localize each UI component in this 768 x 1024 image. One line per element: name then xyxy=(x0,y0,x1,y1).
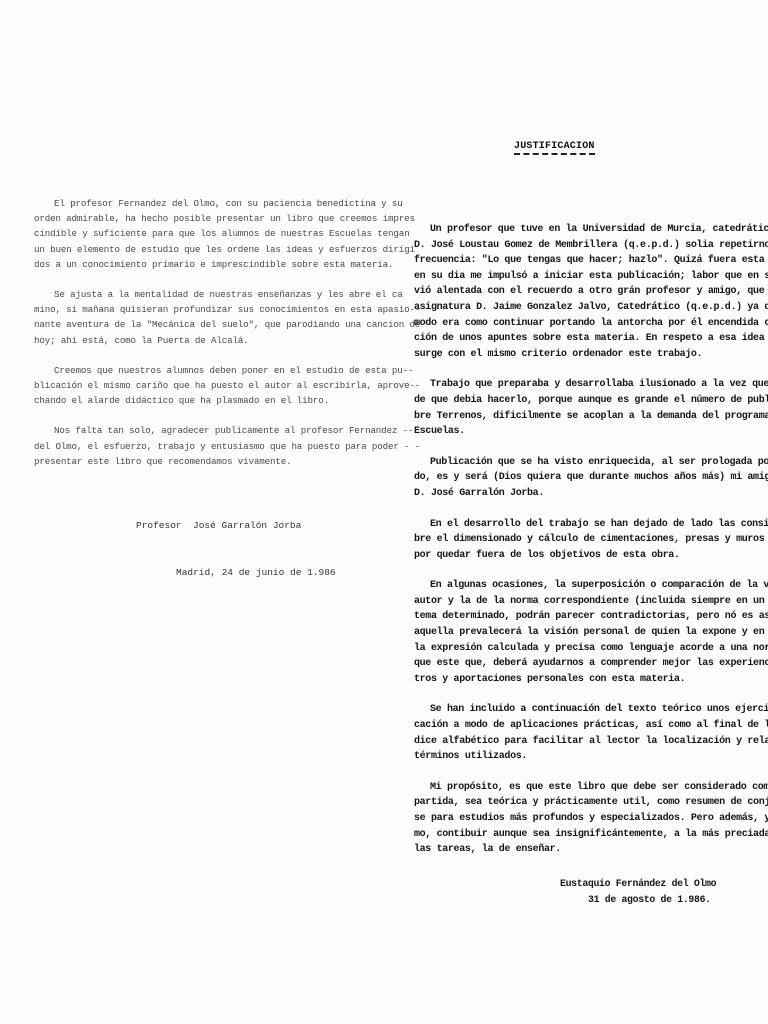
prologue-text: El profesor Fernandez del Olmo, con su p… xyxy=(34,196,334,484)
text-line: Un profesor que tuve en la Universidad d… xyxy=(414,222,754,238)
text-line: En el desarrollo del trabajo se han deja… xyxy=(414,517,754,533)
text-line: chando el alarde didáctico que ha plasma… xyxy=(34,393,334,408)
text-line: autor y la de la norma correspondiente (… xyxy=(414,594,754,610)
text-line: dos a un conocimiento primario e impresc… xyxy=(34,257,334,272)
text-line: Mi propósito, es que este libro que debe… xyxy=(414,780,754,796)
justification-paragraph-7: Mi propósito, es que este libro que debe… xyxy=(414,780,754,858)
text-line: Publicación que se ha visto enriquecida,… xyxy=(414,455,754,471)
prologue-signature: Profesor José Garralón Jorba xyxy=(136,520,301,531)
justification-paragraph-3: Publicación que se ha visto enriquecida,… xyxy=(414,455,754,502)
author-date: 31 de agosto de 1.986. xyxy=(588,894,711,905)
text-line: orden admirable, ha hecho posible presen… xyxy=(34,211,334,226)
prologue-paragraph-3: Creemos que nuestros alumnos deben poner… xyxy=(34,363,334,409)
text-line: del Olmo, el esfuerzo, trabajo y entusia… xyxy=(34,439,334,454)
text-line: surge con el mismo criterio ordenador es… xyxy=(414,347,754,363)
justification-paragraph-6: Se han incluido a continuación del texto… xyxy=(414,702,754,764)
text-line: tema determinado, podrán parecer contrad… xyxy=(414,609,754,625)
text-line: de que debia hacerlo, porque aunque es g… xyxy=(414,393,754,409)
text-line: en su dia me impulsó a iniciar esta publ… xyxy=(414,269,754,285)
text-line: do, es y será (Dios quiera que durante m… xyxy=(414,470,754,486)
text-line: frecuencia: "Lo que tengas que hacer; ha… xyxy=(414,253,754,269)
justification-text: Un profesor que tuve en la Universidad d… xyxy=(414,222,754,873)
justification-paragraph-1: Un profesor que tuve en la Universidad d… xyxy=(414,222,754,362)
text-line: modo era como continuar portando la anto… xyxy=(414,316,754,332)
text-line: ción de unos apuntes sobre esta materia.… xyxy=(414,331,754,347)
author-signature: Eustaquio Fernández del Olmo xyxy=(560,878,716,889)
text-line: bre el dimensionado y cálculo de cimenta… xyxy=(414,532,754,548)
text-line: Creemos que nuestros alumnos deben poner… xyxy=(34,363,334,378)
text-line: Se han incluido a continuación del texto… xyxy=(414,702,754,718)
text-line: El profesor Fernandez del Olmo, con su p… xyxy=(34,196,334,211)
text-line: D. José Loustau Gomez de Membrillera (q.… xyxy=(414,238,754,254)
text-line: vió alentada con el recuerdo a otro grán… xyxy=(414,284,754,300)
text-line: términos utilizados. xyxy=(414,749,754,765)
text-line: dice alfabético para facilitar al lector… xyxy=(414,734,754,750)
text-line: Nos falta tan solo, agradecer publicamen… xyxy=(34,423,334,438)
prologue-paragraph-4: Nos falta tan solo, agradecer publicamen… xyxy=(34,423,334,469)
text-line: por quedar fuera de los objetivos de est… xyxy=(414,548,754,564)
prologue-date: Madrid, 24 de junio de 1.986 xyxy=(176,567,336,578)
text-line: partida, sea teórica y prácticamente uti… xyxy=(414,795,754,811)
text-line: hoy; ahi está, como la Puerta de Alcalá. xyxy=(34,333,334,348)
text-line: nante aventura de la "Mecánica del suelo… xyxy=(34,317,334,332)
text-line: blicación el mismo cariño que ha puesto … xyxy=(34,378,334,393)
text-line: mino, si mañana quisieran profundizar su… xyxy=(34,302,334,317)
scanned-book-spread: El profesor Fernandez del Olmo, con su p… xyxy=(0,0,768,1024)
text-line: las tareas, la de enseñar. xyxy=(414,842,754,858)
text-line: bre Terrenos, dificilmente se acoplan a … xyxy=(414,409,754,425)
text-line: asignatura D. Jaime Gonzalez Jalvo, Cate… xyxy=(414,300,754,316)
text-line: D. José Garralón Jorba. xyxy=(414,486,754,502)
text-line: se para estudios más profundos y especia… xyxy=(414,811,754,827)
text-line: cación a modo de aplicaciones prácticas,… xyxy=(414,718,754,734)
prologue-paragraph-2: Se ajusta a la mentalidad de nuestras en… xyxy=(34,287,334,348)
text-line: que este que, deberá ayudarnos a compren… xyxy=(414,656,754,672)
page-title: JUSTIFICACION xyxy=(514,141,595,155)
text-line: la expresión calculada y precisa como le… xyxy=(414,641,754,657)
text-line: Escuelas. xyxy=(414,424,754,440)
text-line: Trabajo que preparaba y desarrollaba ilu… xyxy=(414,377,754,393)
text-line: tros y aportaciones personales con esta … xyxy=(414,672,754,688)
text-line: Se ajusta a la mentalidad de nuestras en… xyxy=(34,287,334,302)
text-line: aquella prevalecerá la visión personal d… xyxy=(414,625,754,641)
prologue-paragraph-1: El profesor Fernandez del Olmo, con su p… xyxy=(34,196,334,272)
text-line: mo, contibuir aunque sea insignificántem… xyxy=(414,827,754,843)
text-line: En algunas ocasiones, la superposición o… xyxy=(414,578,754,594)
justification-paragraph-4: En el desarrollo del trabajo se han deja… xyxy=(414,517,754,564)
justification-paragraph-5: En algunas ocasiones, la superposición o… xyxy=(414,578,754,687)
text-line: presentar este libro que recomendamos vi… xyxy=(34,454,334,469)
justification-paragraph-2: Trabajo que preparaba y desarrollaba ilu… xyxy=(414,377,754,439)
text-line: un buen elemento de estudio que les orde… xyxy=(34,242,334,257)
text-line: cindible y suficiente para que los alumn… xyxy=(34,226,334,241)
